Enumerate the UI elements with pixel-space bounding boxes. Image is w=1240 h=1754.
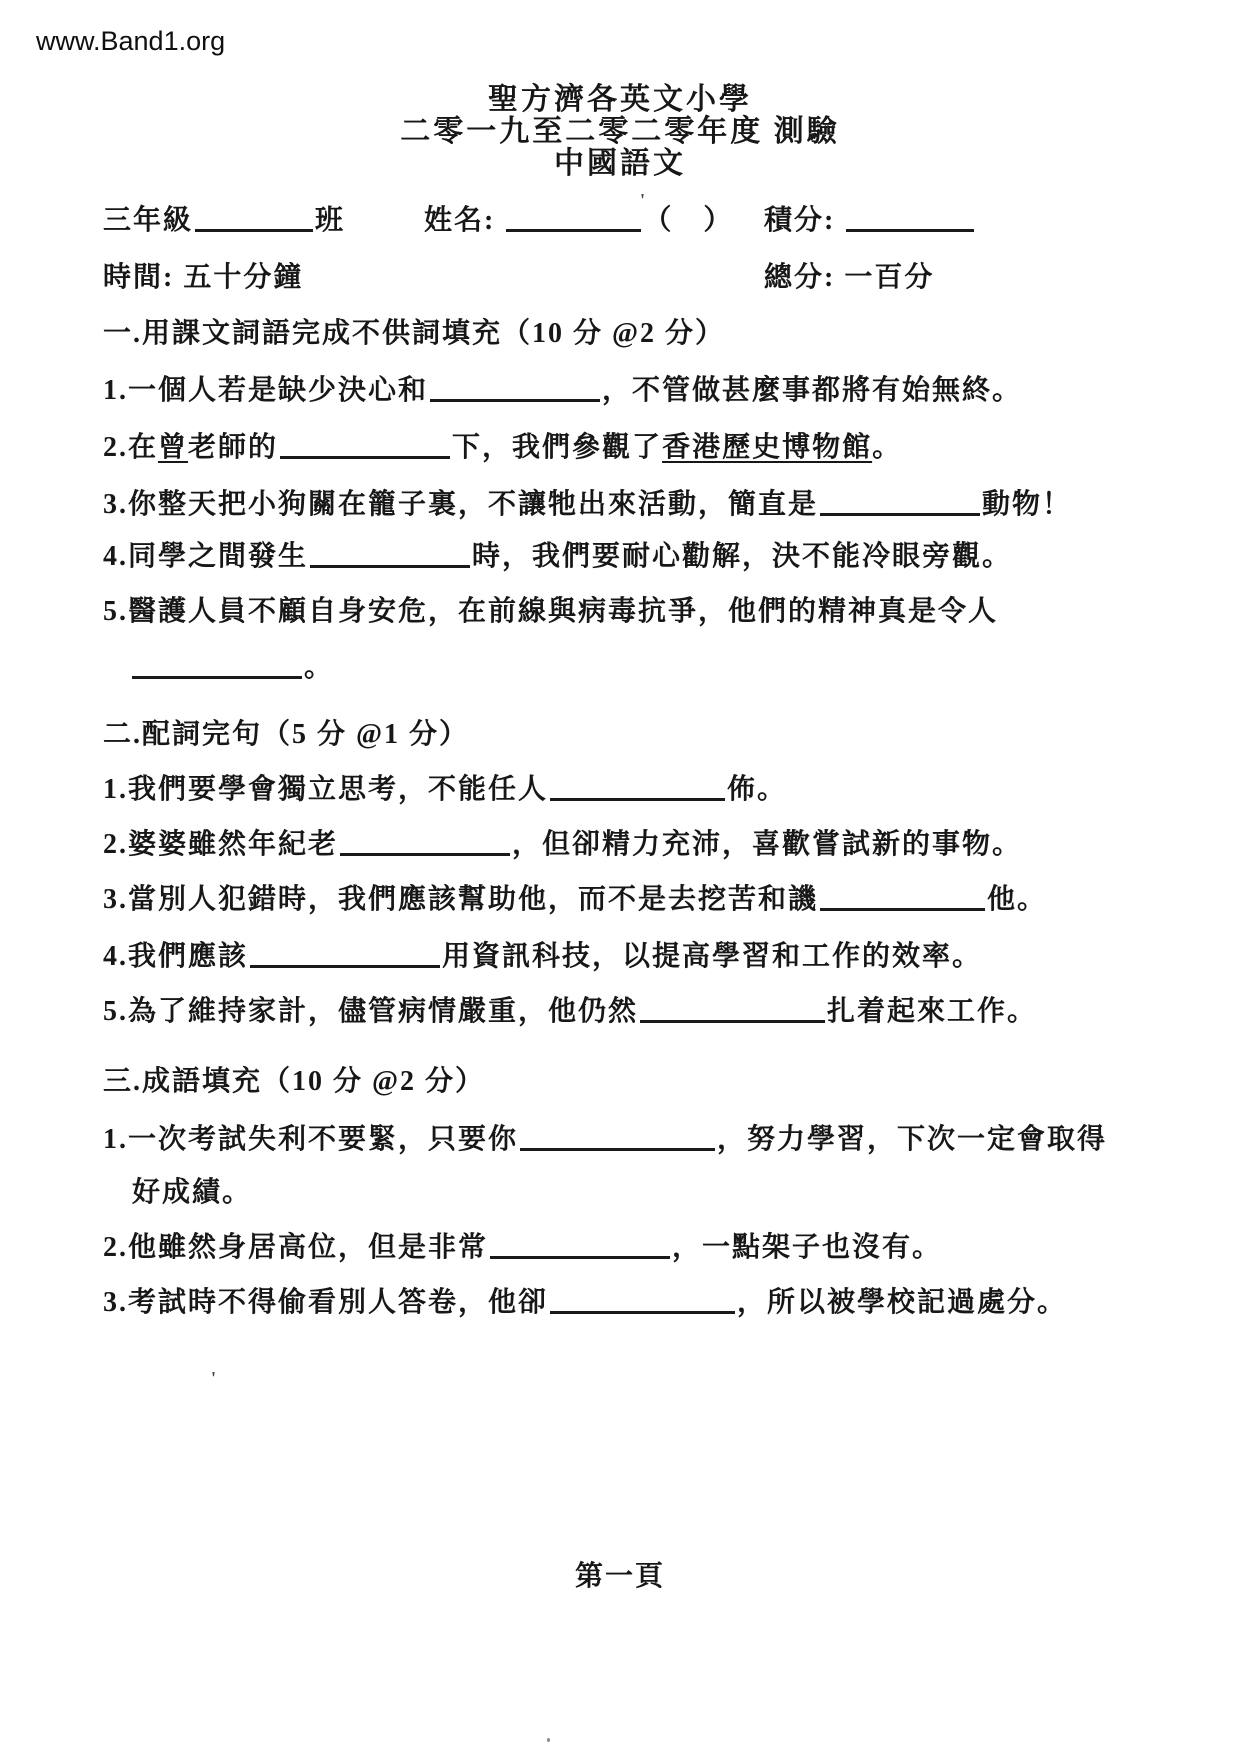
text-segment: 他。 — [987, 884, 1047, 915]
class-suffix-label: 班 — [315, 205, 345, 236]
marks-label: 積分: — [764, 205, 835, 236]
section3-item-2: 2.他雖然身居高位，但是非常，一點架子也沒有。 — [103, 1231, 942, 1265]
fill-in-blank — [280, 453, 450, 459]
section3-item-1: 1.一次考試失利不要緊，只要你，努力學習，下次一定會取得 — [103, 1123, 1107, 1157]
underlined-word: 香港歷史博物館 — [662, 432, 872, 463]
text-segment: ，所以被學校記過處分。 — [737, 1287, 1067, 1318]
fill-in-blank — [430, 396, 600, 402]
section1-item-4: 4.同學之間發生時，我們要耐心勸解，決不能冷眼旁觀。 — [103, 540, 1012, 574]
text-segment: 1.我們要學會獨立思考，不能任人 — [103, 774, 548, 805]
text-segment: ，一點架子也沒有。 — [672, 1232, 942, 1263]
watermark-url: www.Band1.org — [36, 26, 225, 57]
page-number: 第一頁 — [0, 1560, 1240, 1594]
section3-item-3: 3.考試時不得偷看別人答卷，他卻，所以被學校記過處分。 — [103, 1286, 1067, 1320]
fill-in-blank — [250, 962, 440, 968]
class-number-paren: （ ） — [643, 205, 733, 236]
text-segment: 1.一次考試失利不要緊，只要你 — [103, 1124, 518, 1155]
scan-artifact-mark: ' — [211, 1368, 216, 1389]
fill-in-blank — [550, 1308, 735, 1314]
section1-heading: 一.用課文詞語完成不供詞填充（10 分 @2 分） — [103, 317, 725, 351]
scan-speck — [547, 1738, 550, 1742]
text-segment: 下，我們參觀了 — [452, 432, 662, 463]
text-segment: 。 — [304, 652, 334, 683]
underlined-word: 曾 — [158, 432, 188, 463]
name-field: 姓名: （ ） — [424, 204, 733, 238]
school-name: 聖方濟各英文小學 — [0, 82, 1240, 118]
text-segment: ，努力學習，下次一定會取得 — [717, 1124, 1107, 1155]
section1-item-2: 2.在曾老師的下，我們參觀了香港歷史博物館。 — [103, 431, 902, 465]
text-segment: 。 — [872, 432, 902, 463]
scan-artifact-mark: ' — [640, 190, 645, 211]
section1-item-5: 5.醫護人員不顧自身安危，在前線與病毒抗爭，他們的精神真是令人 — [103, 595, 998, 629]
marks-field: 積分: — [764, 204, 976, 238]
grade-label: 三年級 — [103, 205, 193, 236]
grade-class-field: 三年級班 — [103, 204, 345, 238]
text-segment: 3.當別人犯錯時，我們應該幫助他，而不是去挖苦和譏 — [103, 884, 818, 915]
text-segment: 5.醫護人員不顧自身安危，在前線與病毒抗爭，他們的精神真是令人 — [103, 596, 998, 627]
section1-item-3: 3.你整天把小狗關在籠子裏，不讓牠出來活動，簡直是動物！ — [103, 488, 1072, 522]
fill-in-blank — [490, 1253, 670, 1259]
text-segment: 動物！ — [982, 489, 1072, 520]
fill-in-blank — [310, 562, 470, 568]
fill-in-blank — [132, 673, 302, 679]
text-segment: 5.為了維持家計，儘管病情嚴重，他仍然 — [103, 996, 638, 1027]
text-segment: 扎着起來工作。 — [827, 996, 1037, 1027]
fill-in-blank — [640, 1017, 825, 1023]
section3-heading: 三.成語填充（10 分 @2 分） — [103, 1065, 485, 1099]
name-fill-in-blank — [506, 226, 641, 232]
text-segment: 用資訊科技，以提高學習和工作的效率。 — [442, 941, 982, 972]
time-field: 時間: 五十分鐘 — [103, 261, 303, 295]
name-label: 姓名: — [424, 205, 495, 236]
text-segment: 2.婆婆雖然年紀老 — [103, 829, 338, 860]
total-field: 總分: 一百分 — [764, 261, 934, 295]
exam-year-line: 二零一九至二零二零年度 測驗 — [0, 114, 1240, 150]
section2-item-5: 5.為了維持家計，儘管病情嚴重，他仍然扎着起來工作。 — [103, 995, 1037, 1029]
section2-heading: 二.配詞完句（5 分 @1 分） — [103, 718, 469, 752]
text-segment: 佈。 — [727, 774, 787, 805]
text-segment: 好成績。 — [132, 1177, 252, 1208]
text-segment: 2.在 — [103, 432, 158, 463]
fill-in-blank — [340, 850, 510, 856]
text-segment: 1.一個人若是缺少決心和 — [103, 375, 428, 406]
section2-item-4: 4.我們應該用資訊科技，以提高學習和工作的效率。 — [103, 940, 982, 974]
fill-in-blank — [550, 795, 725, 801]
fill-in-blank — [820, 905, 985, 911]
section3-item-1-continuation: 好成績。 — [132, 1176, 252, 1210]
text-segment: ，不管做甚麼事都將有始無終。 — [602, 375, 1022, 406]
text-segment: 時，我們要耐心勸解，決不能冷眼旁觀。 — [472, 541, 1012, 572]
section2-item-1: 1.我們要學會獨立思考，不能任人佈。 — [103, 773, 787, 807]
section2-item-2: 2.婆婆雖然年紀老，但卻精力充沛，喜歡嘗試新的事物。 — [103, 828, 1022, 862]
text-segment: 4.我們應該 — [103, 941, 248, 972]
class-fill-in-blank — [195, 226, 313, 232]
scanned-test-paper: www.Band1.org 聖方濟各英文小學 二零一九至二零二零年度 測驗 中國… — [0, 0, 1240, 1754]
marks-fill-in-blank — [846, 226, 974, 232]
text-segment: 3.你整天把小狗關在籠子裏，不讓牠出來活動，簡直是 — [103, 489, 818, 520]
subject-title: 中國語文 — [0, 146, 1240, 182]
text-segment: 2.他雖然身居高位，但是非常 — [103, 1232, 488, 1263]
text-segment: ，但卻精力充沛，喜歡嘗試新的事物。 — [512, 829, 1022, 860]
section2-item-3: 3.當別人犯錯時，我們應該幫助他，而不是去挖苦和譏他。 — [103, 883, 1047, 917]
text-segment: 4.同學之間發生 — [103, 541, 308, 572]
text-segment: 老師的 — [188, 432, 278, 463]
section1-item-1: 1.一個人若是缺少決心和，不管做甚麼事都將有始無終。 — [103, 374, 1022, 408]
fill-in-blank — [520, 1145, 715, 1151]
section1-item-5-continuation: 。 — [130, 651, 334, 685]
fill-in-blank — [820, 510, 980, 516]
text-segment: 3.考試時不得偷看別人答卷，他卻 — [103, 1287, 548, 1318]
